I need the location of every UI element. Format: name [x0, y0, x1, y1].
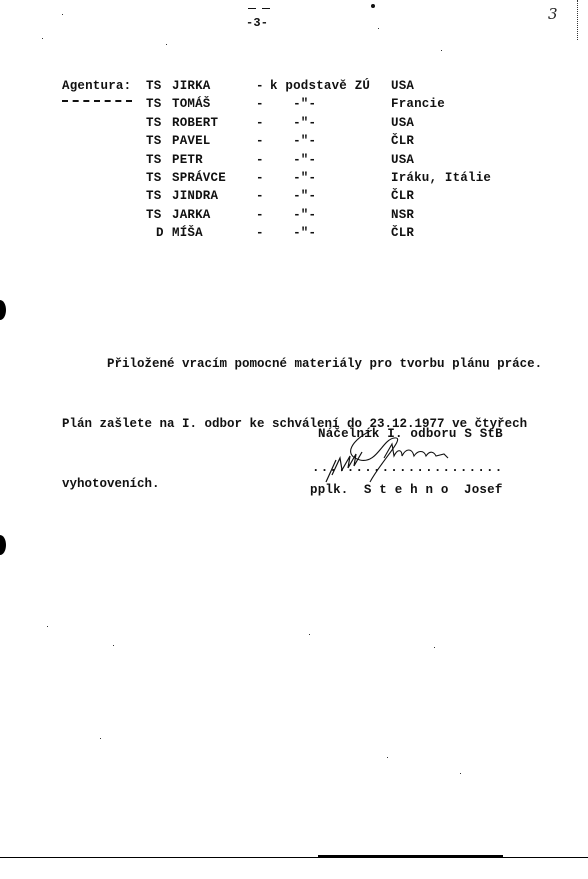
- dash-separator: -: [256, 172, 264, 185]
- agent-type-code: D: [156, 227, 164, 240]
- agent-codename: ROBERT: [172, 117, 218, 130]
- page-number-overline: [262, 8, 270, 9]
- agent-codename: JARKA: [172, 209, 211, 222]
- scan-speck: [42, 38, 43, 39]
- paragraph-line: Přiložené vracím pomocné materiály pro t…: [62, 354, 542, 374]
- binder-hole: [0, 535, 6, 555]
- dash-separator: -: [256, 117, 264, 130]
- agent-basis: -"-: [270, 227, 316, 240]
- scan-speck: [113, 645, 114, 646]
- agent-row: DMÍŠA- -"-ČLR: [0, 227, 588, 245]
- agent-type-code: TS: [146, 98, 161, 111]
- document-page: -3- 3 Agentura: TSJIRKA-k podstavě ZÚUSA…: [0, 0, 588, 879]
- agent-basis: -"-: [270, 209, 316, 222]
- agent-basis: -"-: [270, 190, 316, 203]
- agent-row: TSJIRKA-k podstavě ZÚUSA: [0, 80, 588, 98]
- agent-basis: -"-: [270, 98, 316, 111]
- agent-basis: -"-: [270, 172, 316, 185]
- page-number-overline: [248, 8, 256, 9]
- agent-type-code: TS: [146, 190, 161, 203]
- scan-speck: [166, 44, 167, 45]
- scan-speck: [378, 28, 379, 29]
- agent-target-country: Francie: [391, 98, 445, 111]
- agent-target-country: Iráku, Itálie: [391, 172, 491, 185]
- agent-basis: -"-: [270, 135, 316, 148]
- agent-target-country: ČLR: [391, 190, 414, 203]
- scan-speck: [434, 647, 435, 648]
- agent-type-code: TS: [146, 172, 161, 185]
- agent-target-country: ČLR: [391, 227, 414, 240]
- scan-speck: [100, 738, 101, 739]
- agent-row: TSROBERT- -"-USA: [0, 117, 588, 135]
- scan-speck: [62, 14, 63, 15]
- dash-separator: -: [256, 209, 264, 222]
- handwritten-page-mark: 3: [548, 5, 558, 23]
- agent-row: TSPETR- -"-USA: [0, 154, 588, 172]
- scan-speck: [47, 626, 48, 627]
- agent-codename: TOMÁŠ: [172, 98, 211, 111]
- agent-codename: MÍŠA: [172, 227, 203, 240]
- agent-codename: JINDRA: [172, 190, 218, 203]
- scan-edge-mark: [577, 0, 579, 40]
- agent-target-country: USA: [391, 117, 414, 130]
- agent-target-country: USA: [391, 80, 414, 93]
- agent-row: TSJINDRA- -"-ČLR: [0, 190, 588, 208]
- agent-codename: JIRKA: [172, 80, 211, 93]
- agent-type-code: TS: [146, 117, 161, 130]
- scan-speck: [441, 50, 442, 51]
- agent-codename: SPRÁVCE: [172, 172, 226, 185]
- agent-row: TSJARKA- -"-NSR: [0, 209, 588, 227]
- page-number: -3-: [246, 17, 268, 29]
- agent-row: TSSPRÁVCE- -"-Iráku, Itálie: [0, 172, 588, 190]
- signatory-name: pplk. S t e h n o Josef: [310, 484, 503, 497]
- agent-target-country: USA: [391, 154, 414, 167]
- handwritten-signature: [322, 430, 472, 490]
- scan-speck: [387, 757, 388, 758]
- scan-bottom-edge: [318, 855, 503, 858]
- agent-target-country: NSR: [391, 209, 414, 222]
- dash-separator: -: [256, 80, 264, 93]
- ink-dot: [371, 4, 375, 8]
- binder-hole: [0, 300, 6, 320]
- agent-basis: k podstavě ZÚ: [270, 80, 370, 93]
- agent-codename: PETR: [172, 154, 203, 167]
- dash-separator: -: [256, 227, 264, 240]
- scan-speck: [460, 773, 461, 774]
- dash-separator: -: [256, 190, 264, 203]
- agent-codename: PAVEL: [172, 135, 211, 148]
- signature-line: ......................: [312, 462, 503, 475]
- agent-type-code: TS: [146, 154, 161, 167]
- dash-separator: -: [256, 154, 264, 167]
- agent-row: TSTOMÁŠ- -"-Francie: [0, 98, 588, 116]
- agent-target-country: ČLR: [391, 135, 414, 148]
- dash-separator: -: [256, 98, 264, 111]
- agent-basis: -"-: [270, 117, 316, 130]
- agent-basis: -"-: [270, 154, 316, 167]
- scan-speck: [309, 634, 310, 635]
- agent-type-code: TS: [146, 135, 161, 148]
- agent-type-code: TS: [146, 209, 161, 222]
- body-paragraph: Přiložené vracím pomocné materiály pro t…: [62, 314, 542, 534]
- agent-type-code: TS: [146, 80, 161, 93]
- agent-row: TSPAVEL- -"-ČLR: [0, 135, 588, 153]
- dash-separator: -: [256, 135, 264, 148]
